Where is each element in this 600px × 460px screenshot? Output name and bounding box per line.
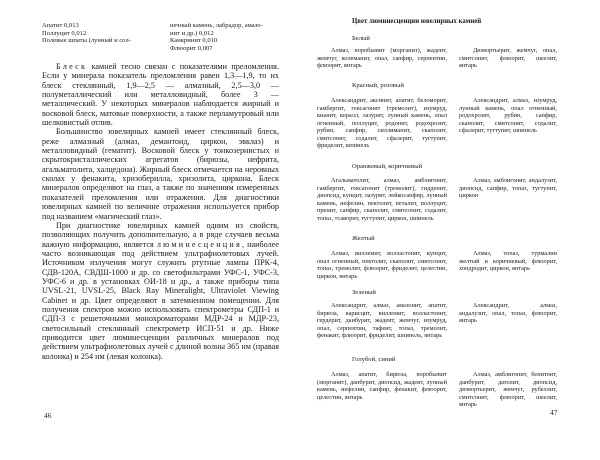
intro-line: нечный камень, лабрадор, амазо- <box>170 22 282 30</box>
intro-column-1: Апатит 0,013 Поллуцит 0,012 Полевые шпат… <box>42 22 152 45</box>
section-label-red: Красный, розовый <box>352 82 404 89</box>
page-number: 46 <box>44 411 52 420</box>
intro-line: Апатит 0,013 <box>42 22 152 30</box>
section-orange-365nm: Алмаз, амблигонит, андалузит, диопсид, с… <box>459 177 557 200</box>
section-label-blue: Голубой, синий <box>352 356 395 363</box>
spaced-term: люминесценция <box>157 240 242 249</box>
section-label-orange: Оранжевый, коричневый <box>352 163 422 170</box>
left-page: Апатит 0,013 Поллуцит 0,012 Полевые шпат… <box>0 0 300 460</box>
section-yellow-365nm: Алмаз, топаз, турмалин желтый и коричнев… <box>459 250 557 273</box>
section-yellow-254nm: Алмаз, виллемит, волластонит, кунцит, оп… <box>317 250 447 280</box>
intro-line: Флюорит 0,007 <box>170 45 282 53</box>
section-red-365nm: Александрит, алмаз, изумруд, лунный каме… <box>459 97 557 135</box>
intro-column-2: нечный камень, лабрадор, амазо- нит и др… <box>170 22 282 52</box>
section-blue-365nm: Алмаз, амблигонит, бенитоит, данбурит, д… <box>459 371 557 409</box>
paragraph-luminescence: При диагностике ювелирных камней одним и… <box>42 221 279 361</box>
section-red-254nm: Александрит, аксинит, апатит, беломорит,… <box>317 97 447 150</box>
page-number: 47 <box>550 408 558 417</box>
section-label-white: Белый <box>352 35 370 42</box>
paragraph-luster-types: Большинство ювелирных камней имеет стекл… <box>42 127 279 220</box>
spaced-term: Блеск <box>56 62 87 71</box>
body-text: Блеск камней тесно связан с показателями… <box>42 62 279 361</box>
section-green-254nm: Александрит, алмаз, амазонит, апатит, би… <box>317 302 447 340</box>
table-title: Цвет люминесценции ювелирных камней <box>352 18 481 25</box>
paragraph-luster: Блеск камней тесно связан с показателями… <box>42 62 279 127</box>
section-white-365nm: Дюмортьерит, жемчуг, опал, смитсонит, фл… <box>459 47 557 70</box>
right-page: Цвет люминесценции ювелирных камней Белы… <box>300 0 600 460</box>
section-white-254nm: Алмаз, воробьевит (морганит), жадеит, же… <box>317 47 447 70</box>
intro-line: Полевые шпаты (лунный и сол- <box>42 37 152 45</box>
intro-line: Поллуцит 0,012 <box>42 30 152 38</box>
intro-line: Канкринит 0,010 <box>170 37 282 45</box>
section-blue-254nm: Алмаз, апатит, бирюза, воробьевит (морга… <box>317 371 447 401</box>
section-green-365nm: Александрит, алмаз, андалузит, опал, топ… <box>459 302 557 325</box>
section-orange-254nm: Агальматолит, алмаз, амблигонит, гамберг… <box>317 177 447 222</box>
section-label-yellow: Желтый <box>352 235 375 242</box>
intro-line: нит и др.) 0,012 <box>170 30 282 38</box>
section-label-green: Зеленый <box>352 289 376 296</box>
